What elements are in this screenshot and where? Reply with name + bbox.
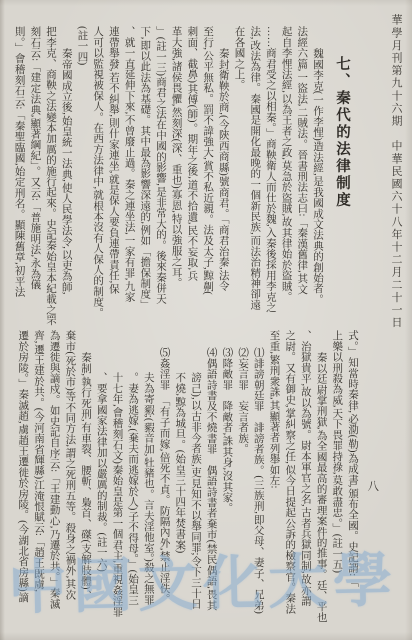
text-column: 、要拿國家法律加以嚴厲的制裁。(註一六) [93,330,109,633]
text-column: 、治獄貴平,故以為號。尉本軍官之名,古者兵獄同制,故亦謂 [297,330,313,633]
text-column: 連帶舉發,若不糾舉,則什家連坐,就是保人要負連帶責任,保 [105,26,121,318]
text-column: 式。」知當時秦律,必泐(勒)為成書,頒布全國。史記謂:「 [344,330,360,633]
section-title: 七、秦代的法律制度 [325,26,358,318]
text-column: ……商君受之以相秦。」商鞅衛人而仕於魏,入秦後採用李克之 [262,26,278,318]
text-column: 刺面、截鼻)其傅(師)。期年之後,道不拾遺,民不妄取,兵 [184,26,200,318]
text-column: 下,即以此法為基礎。其中最為影響深遠的,例如「擔保制度」 [137,26,153,318]
lower-text-register: 式。」知當時秦律,必泐(勒)為成書,頒布全國。史記謂:「上樂以刑殺為威,天下畏罪… [10,330,360,633]
text-column: 夫為寄豭;(豭音加,牡豬也。言夫淫他室。)殺之無罪 [140,330,156,633]
page-number: 八 [368,478,380,494]
text-column: 棄市(死於市)等不同方法,謂之死刑五等。殺身之禍外,其次 [62,330,78,633]
text-column: 則。」會稽刻石云:「秦聖臨國,始定刑名。顯陳舊章,初平法 [11,26,27,318]
text-column: 在各國之上。 [231,26,247,318]
text-column: 謗己),以古非今者族,吏見知不以舉同罪;令下三十日 [187,330,203,633]
text-column: 革大強,諸侯畏懼,然刻深(深、重也)寡恩,特以強服之耳。 [168,26,184,318]
text-column: (註一四) [74,26,90,318]
text-column: 法經六篇,一盜法,二賊法。晉書刑法志曰:「秦漢舊律,其文 [294,26,310,318]
text-column: 秦以廷尉掌刑獄,為全國最高的審理案件的推事。廷、平也 [313,330,329,633]
text-column: 起自李悝法經,以為王者之政,莫急於盜賊,故其律始於盜賊。 [278,26,294,318]
text-column: 」(註一三)商君之法在中國的影響,是非常大的。後來秦併天 [152,26,168,318]
text-column: ⑴誹謗朝廷罪 誹謗者族。(三族刑,即父母、妻子、兄弟) [250,330,266,633]
upper-text-register: 七、秦代的法律制度魏國李克(一作李悝)造法經,是我國成文法典的創始者。法經六篇,… [8,26,358,318]
text-column: 秦制,執行死刑,有車裂、腰斬、梟首、磔(支解肢體)、 [77,330,93,633]
text-column: 秦帝國成立後,始皇統一法典,使人民學法令,以吏為師, [58,26,74,318]
text-column: ⑷偶語詩書及不燒書罪 偶語詩書者棄市(禁民偶語,畏其 [203,330,219,633]
text-column: ⑸姦淫罪 「有子而嫁,倍死不貞。防隔內外,禁止淫佚。 [156,330,172,633]
text-column: 、就一直延伸下來,不曾廢止過。秦之連坐法,一家有罪,九家 [121,26,137,318]
journal-masthead: 華學月刊第九十六期 中華民國六十八年十二月二十一日 [389,14,403,359]
text-column: 刻石云:「建定法典,顯著綱紀」。又云:「普施明法,永為儀 [27,26,43,318]
text-column: 秦封衛鞅於商,(今陝西商縣)號商君。「商君治秦,法令 [215,26,231,318]
text-column: 之尉。又有御史,掌糾察之任,似今日提起公訴的檢察官。秦法 [281,330,297,633]
text-column: 至行,公平無私。罰不諱強大,賞不私近親。法及太子,黥劓( [199,26,215,318]
text-column: 法,改法為律。秦國是開化最晚的一個新民族,而法治精神卻遠 [246,26,262,318]
text-column: 把李克、商鞅之法變本加厲的施行起來。史記秦始皇本紀載之罘 [42,26,58,318]
text-column: 上樂以刑殺為威,天下畏罪持祿,莫敢盡忠。」(註一五) [329,330,345,633]
text-column: 十七年,會稽刻石文)秦始皇是第一個君主,重視姦淫罪 [109,330,125,633]
text-column: 人可以監視被保人。在西方法律中,就根本沒有人保人的制度。 [89,26,105,318]
text-column: 為遷徙與謫戍。如史記自序云:「王建動心,乃遷於共。」秦滅 [46,330,62,633]
text-column: 魏國李克(一作李悝)造法經,是我國成文法典的創始者。 [309,26,325,318]
text-column: ⑶降敵罪 降敵者,誅其身,沒其家。 [219,330,235,633]
text-column: ⑵妄言罪 妄言者族。 [234,330,250,633]
scanned-page: 華學月刊第九十六期 中華民國六十八年十二月二十一日 八 七、秦代的法律制度魏國李… [0,0,412,640]
text-column: 不燒,黥為城旦。(始皇三十四年焚書案) [172,330,188,633]
text-column: 齊,遷王建於共。(今河南省輝縣)江淹恨賦云:「趙王既虜, [30,330,46,633]
text-column: 至重,繁刑衆誅,其顯著者列舉如左: [266,330,282,633]
text-column: 遷於房陵。」秦滅趙,虜趙王遷徙於房陵。(今湖北省房縣)謫 [15,330,31,633]
text-column: 。妻為逃嫁,(棄夫而逃嫁於人)子不得母。」(始皇三 [124,330,140,633]
